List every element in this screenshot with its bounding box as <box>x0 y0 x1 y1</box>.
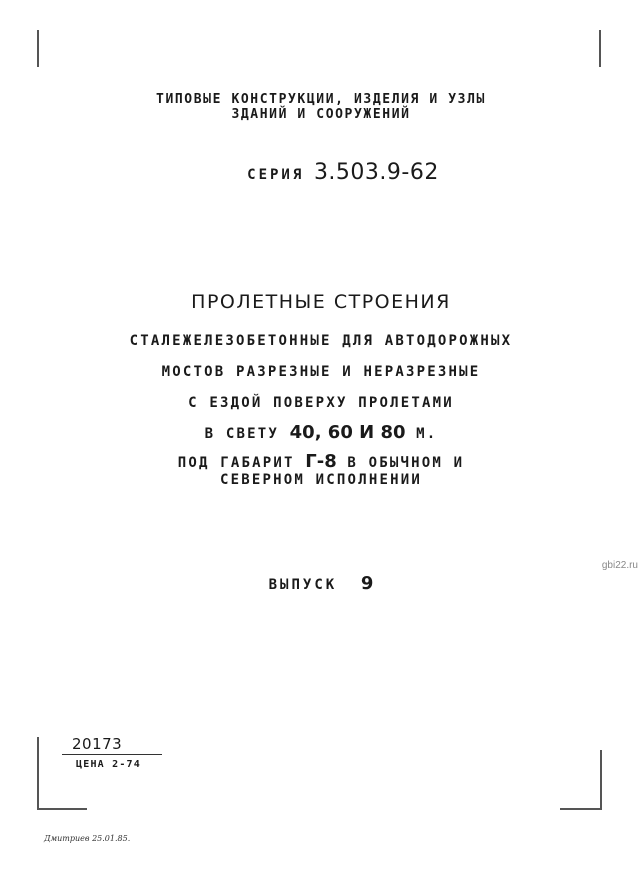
corner-mark-top-right <box>599 30 601 67</box>
corner-mark-bottom-right-vertical <box>600 750 602 809</box>
span-unit: м. <box>416 426 437 442</box>
catalog-code: 20173 <box>62 735 162 755</box>
series: серия 3.503.9-62 <box>22 160 642 185</box>
header-line-1: Типовые конструкции, изделия и узлы <box>0 92 642 107</box>
issue-number: 9 <box>361 573 374 594</box>
issue: выпуск 9 <box>0 573 642 594</box>
description-line-3: с ездой поверху пролетами <box>0 395 642 411</box>
span-prefix: в свету <box>205 426 279 442</box>
signature: Дмитриев 25.01.85. <box>44 834 130 843</box>
price: цена 2-74 <box>62 759 162 770</box>
description-line-6: северном исполнении <box>0 472 642 488</box>
description-line-5: под габарит Г-8 в обычном и <box>0 451 642 472</box>
gabarit-prefix: под габарит <box>178 455 295 471</box>
description-line-2: мостов разрезные и неразрезные <box>0 364 642 380</box>
description-line-1: сталежелезобетонные для автодорожных <box>0 333 642 349</box>
corner-mark-top-left <box>37 30 39 67</box>
header-line-2: зданий и сооружений <box>0 107 642 122</box>
series-number: 3.503.9-62 <box>314 160 439 185</box>
watermark: gbi22.ru <box>602 560 638 571</box>
span-lengths: 40, 60 и 80 <box>290 422 406 443</box>
document-title: Пролетные строения <box>0 291 642 313</box>
description-line-4: в свету 40, 60 и 80 м. <box>0 422 642 443</box>
series-label: серия <box>247 167 304 183</box>
issue-label: выпуск <box>269 577 338 593</box>
corner-mark-bottom-left-vertical <box>37 737 39 809</box>
corner-mark-bottom-left-horizontal <box>37 808 87 810</box>
gabarit-value: Г-8 <box>305 451 336 472</box>
corner-mark-bottom-right-horizontal <box>560 808 602 810</box>
catalog-block: 20173 цена 2-74 <box>62 735 162 770</box>
gabarit-suffix: в обычном и <box>347 455 464 471</box>
